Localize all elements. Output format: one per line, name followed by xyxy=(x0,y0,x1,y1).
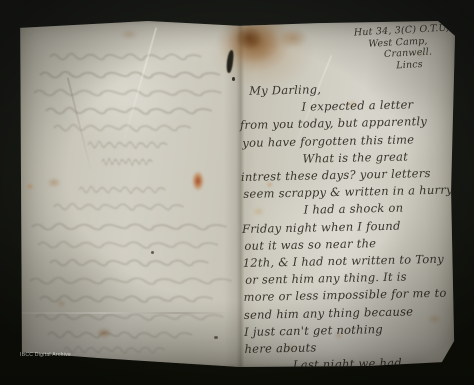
ink-blot-dot xyxy=(232,77,235,81)
stain-top-right xyxy=(274,25,312,51)
bleed-through-writing xyxy=(24,35,236,357)
letter-body: My Darling, I expected a letter from you… xyxy=(239,78,463,375)
address-block: Hut 34, 3(C) O.T.U, West Camp, Cranwell.… xyxy=(317,23,451,76)
archive-watermark-label: IBCC Digital Archive xyxy=(20,352,71,358)
letter-paper: Hut 34, 3(C) O.T.U, West Camp, Cranwell.… xyxy=(18,21,455,367)
handwriting-line: Last night we had xyxy=(293,354,463,375)
